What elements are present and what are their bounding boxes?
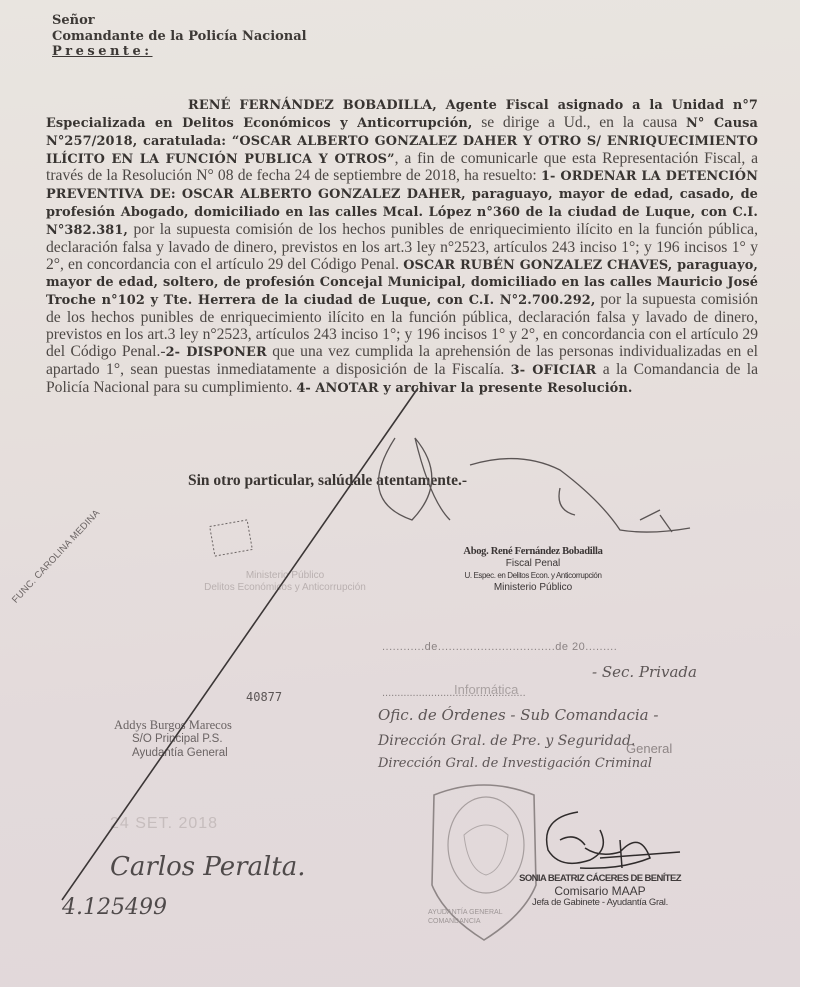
sonia-signature <box>547 812 680 868</box>
signature-strokes <box>0 0 800 987</box>
document-page: Señor Comandante de la Policía Nacional … <box>0 0 800 987</box>
fiscal-signature <box>379 438 690 532</box>
diagonal-slash <box>62 388 418 900</box>
small-seal-icon <box>210 520 253 556</box>
